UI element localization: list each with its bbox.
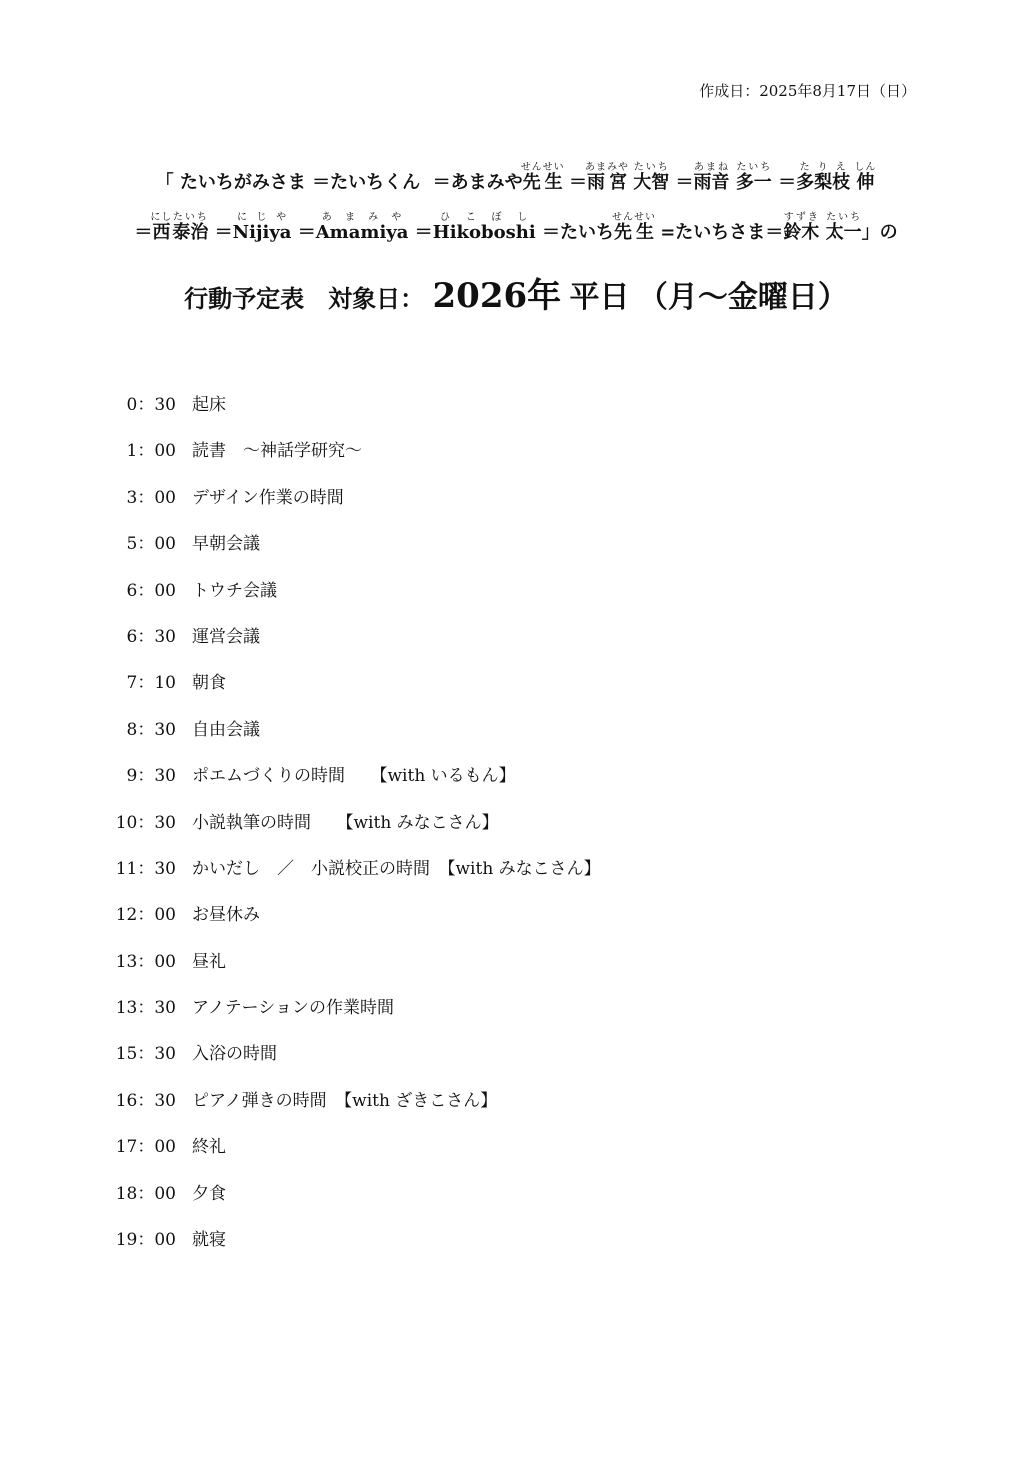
schedule-row: 18：00夕食 [100,1179,900,1225]
ruby-word: 鈴木すずき [783,222,819,243]
ruby-word: 西にし [152,222,172,243]
ruby-word: 雨音あまね [694,172,730,193]
schedule-activity: 入浴の時間 [192,1039,277,1064]
ruby-reading: せんせい [612,212,656,223]
ruby-word: Amamiyaあまみや [316,222,409,243]
target-weekdays: （月〜金曜日） [638,280,848,315]
ruby-reading: にじや [233,212,292,223]
ruby-reading: ひこぼし [433,212,536,223]
title-text: 」の [862,222,898,243]
schedule-time: 6：30 [100,622,176,647]
schedule-activity: かいだし ／ 小説校正の時間 【with みなこさん】 [192,854,601,879]
schedule-list: 0：30起床 1：00読書 〜神話学研究〜 3：00デザイン作業の時間 5：00… [100,390,900,1271]
schedule-time: 0：30 [100,390,176,415]
schedule-row: 12：00お昼休み [100,900,900,946]
schedule-row: 9：30ポエムづくりの時間 【with いるもん】 [100,761,900,807]
schedule-time: 17：00 [100,1132,176,1157]
title-text: ＝ [563,172,587,193]
schedule-activity: 自由会議 [192,715,260,740]
title-text: ＝ [208,222,232,243]
schedule-activity: ポエムづくりの時間 【with いるもん】 [192,761,516,786]
schedule-time: 3：00 [100,483,176,508]
schedule-activity: トウチ会議 [192,576,277,601]
ruby-word: 泰治たいち [172,222,208,243]
ruby-reading: たいち [172,212,208,223]
title-line-2: ＝西にし泰治たいち ＝Nijiyaにじや ＝Amamiyaあまみや ＝Hikob… [0,212,1032,244]
schedule-time: 5：00 [100,529,176,554]
schedule-time: 9：30 [100,761,176,786]
schedule-row: 5：00早朝会議 [100,529,900,575]
schedule-activity: お昼休み [192,900,260,925]
schedule-row: 7：10朝食 [100,668,900,714]
schedule-row: 8：30自由会議 [100,715,900,761]
schedule-row: 6：30運営会議 [100,622,900,668]
schedule-time: 1：00 [100,436,176,461]
ruby-word: 伸しん [856,172,876,193]
ruby-word: 雨宮あまみや [587,172,627,193]
ruby-word: 大智たいち [633,172,669,193]
ruby-reading: せんせい [521,162,565,173]
ruby-word: Nijiyaにじや [233,222,292,243]
schedule-activity: 運営会議 [192,622,260,647]
ruby-reading: しん [854,162,876,173]
schedule-time: 16：30 [100,1086,176,1111]
schedule-row: 1：00読書 〜神話学研究〜 [100,436,900,482]
schedule-row: 13：00昼礼 [100,947,900,993]
schedule-row: 10：30小説執筆の時間 【with みなこさん】 [100,808,900,854]
schedule-row: 6：00トウチ会議 [100,576,900,622]
schedule-time: 15：30 [100,1039,176,1064]
schedule-time: 18：00 [100,1179,176,1204]
ruby-word: 先生せんせい [523,172,563,193]
ruby-reading: たいち [736,162,772,173]
ruby-word: 多一たいち [736,172,772,193]
schedule-time: 13：00 [100,947,176,972]
schedule-row: 15：30入浴の時間 [100,1039,900,1085]
schedule-row: 11：30かいだし ／ 小説校正の時間 【with みなこさん】 [100,854,900,900]
title-text: =たいちさま＝ [654,222,783,243]
schedule-time: 11：30 [100,854,176,879]
title-text [730,172,736,193]
title-prefix: 行動予定表 対象日： [184,284,424,313]
schedule-time: 6：00 [100,576,176,601]
schedule-time: 8：30 [100,715,176,740]
created-date: 作成日：2025年8月17日（日） [699,80,916,101]
schedule-activity: 夕食 [192,1179,226,1204]
schedule-activity: 早朝会議 [192,529,260,554]
ruby-reading: たりえ [796,162,850,173]
schedule-row: 17：00終礼 [100,1132,900,1178]
schedule-row: 16：30ピアノ弾きの時間 【with ざきこさん】 [100,1086,900,1132]
title-text: ＝ [408,222,432,243]
schedule-activity: 読書 〜神話学研究〜 [192,436,362,461]
title-line-3: 行動予定表 対象日： 2026年 平日 （月〜金曜日） [0,268,1032,317]
schedule-row: 19：00就寝 [100,1225,900,1271]
schedule-activity: 昼礼 [192,947,226,972]
ruby-word: 太一たいち [826,222,862,243]
schedule-time: 10：30 [100,808,176,833]
schedule-row: 13：30アノテーションの作業時間 [100,993,900,1039]
title-text: ＝ [669,172,693,193]
title-text: ＝ [772,172,796,193]
ruby-word: 先生せんせい [614,222,654,243]
target-day-type: 平日 [570,280,630,315]
ruby-reading: たいち [633,162,669,173]
schedule-activity: デザイン作業の時間 [192,483,344,508]
title-text: 「 たいちがみさま ＝たいちくん ＝あまみや [156,172,523,193]
ruby-reading: すずき [783,212,819,223]
title-line-1: 「 たいちがみさま ＝たいちくん ＝あまみや先生せんせい ＝雨宮あまみや 大智た… [0,162,1032,194]
ruby-word: Hikoboshiひこぼし [433,222,536,243]
ruby-reading: あまみや [316,212,409,223]
schedule-time: 12：00 [100,900,176,925]
schedule-time: 7：10 [100,668,176,693]
schedule-activity: 朝食 [192,668,226,693]
target-year: 2026年 [433,276,562,316]
ruby-reading: あまみや [585,162,629,173]
schedule-activity: 終礼 [192,1132,226,1157]
ruby-word: 多梨枝たりえ [796,172,850,193]
schedule-activity: 起床 [192,390,226,415]
schedule-activity: 就寝 [192,1225,226,1250]
ruby-reading: あまね [694,162,730,173]
schedule-row: 3：00デザイン作業の時間 [100,483,900,529]
schedule-row: 0：30起床 [100,390,900,436]
title-text [819,222,825,243]
ruby-reading: にし [150,212,172,223]
schedule-time: 19：00 [100,1225,176,1250]
title-text: ＝たいち [536,222,614,243]
schedule-activity: アノテーションの作業時間 [192,993,394,1018]
ruby-reading: たいち [826,212,862,223]
schedule-activity: ピアノ弾きの時間 【with ざきこさん】 [192,1086,497,1111]
schedule-activity: 小説執筆の時間 【with みなこさん】 [192,808,499,833]
schedule-time: 13：30 [100,993,176,1018]
title-text: ＝ [291,222,315,243]
